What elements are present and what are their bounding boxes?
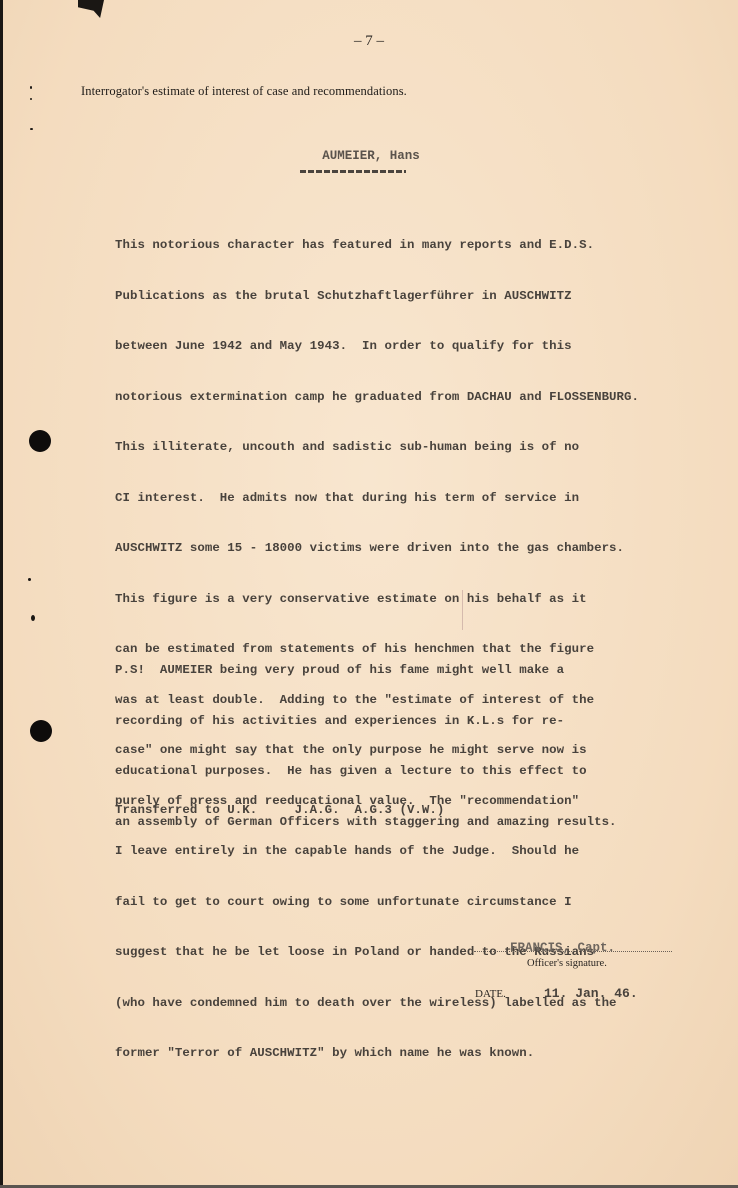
date-value: 11. Jan. 46.: [544, 986, 638, 1001]
postscript-line: P.S! AUMEIER being very proud of his fam…: [115, 659, 617, 682]
paragraph-line: This illiterate, uncouth and sadistic su…: [115, 436, 639, 459]
ink-speck: [30, 98, 32, 100]
subject-underline: [300, 170, 406, 173]
transfer-note: Transferred to U.K. J.A.G. A.G.3 (V.W.): [115, 771, 444, 850]
date-label: DATE.: [475, 988, 506, 1000]
document-page: – 7 – Interrogator's estimate of interes…: [0, 0, 738, 1188]
form-heading: Interrogator's estimate of interest of c…: [81, 84, 407, 99]
postscript-line: recording of his activities and experien…: [115, 710, 617, 733]
paragraph-line: This figure is a very conservative estim…: [115, 588, 639, 611]
paragraph-line: AUSCHWITZ some 15 - 18000 victims were d…: [115, 537, 639, 560]
punch-hole-icon: [29, 430, 51, 452]
ink-speck: [30, 86, 32, 89]
torn-corner-mark: [78, 0, 104, 18]
ink-speck: [28, 578, 31, 581]
subject-name: AUMEIER, Hans: [0, 149, 738, 163]
paragraph-line: between June 1942 and May 1943. In order…: [115, 335, 639, 358]
officer-signature: FRANCIS, Capt.: [510, 941, 615, 955]
punch-hole-icon: [30, 720, 52, 742]
ink-speck: [30, 128, 33, 130]
paragraph-line: fail to get to court owing to some unfor…: [115, 891, 639, 914]
paragraph-line: notorious extermination camp he graduate…: [115, 386, 639, 409]
paragraph-line: This notorious character has featured in…: [115, 234, 639, 257]
scan-edge-left: [0, 0, 3, 1188]
ink-speck: [31, 615, 35, 621]
transfer-note-text: Transferred to U.K. J.A.G. A.G.3 (V.W.): [115, 799, 444, 822]
paragraph-line: former "Terror of AUSCHWITZ" by which na…: [115, 1042, 639, 1065]
signature-caption: Officer's signature.: [527, 958, 607, 969]
page-number: – 7 –: [0, 33, 738, 50]
paragraph-line: Publications as the brutal Schutzhaftlag…: [115, 285, 639, 308]
paragraph-line: CI interest. He admits now that during h…: [115, 487, 639, 510]
